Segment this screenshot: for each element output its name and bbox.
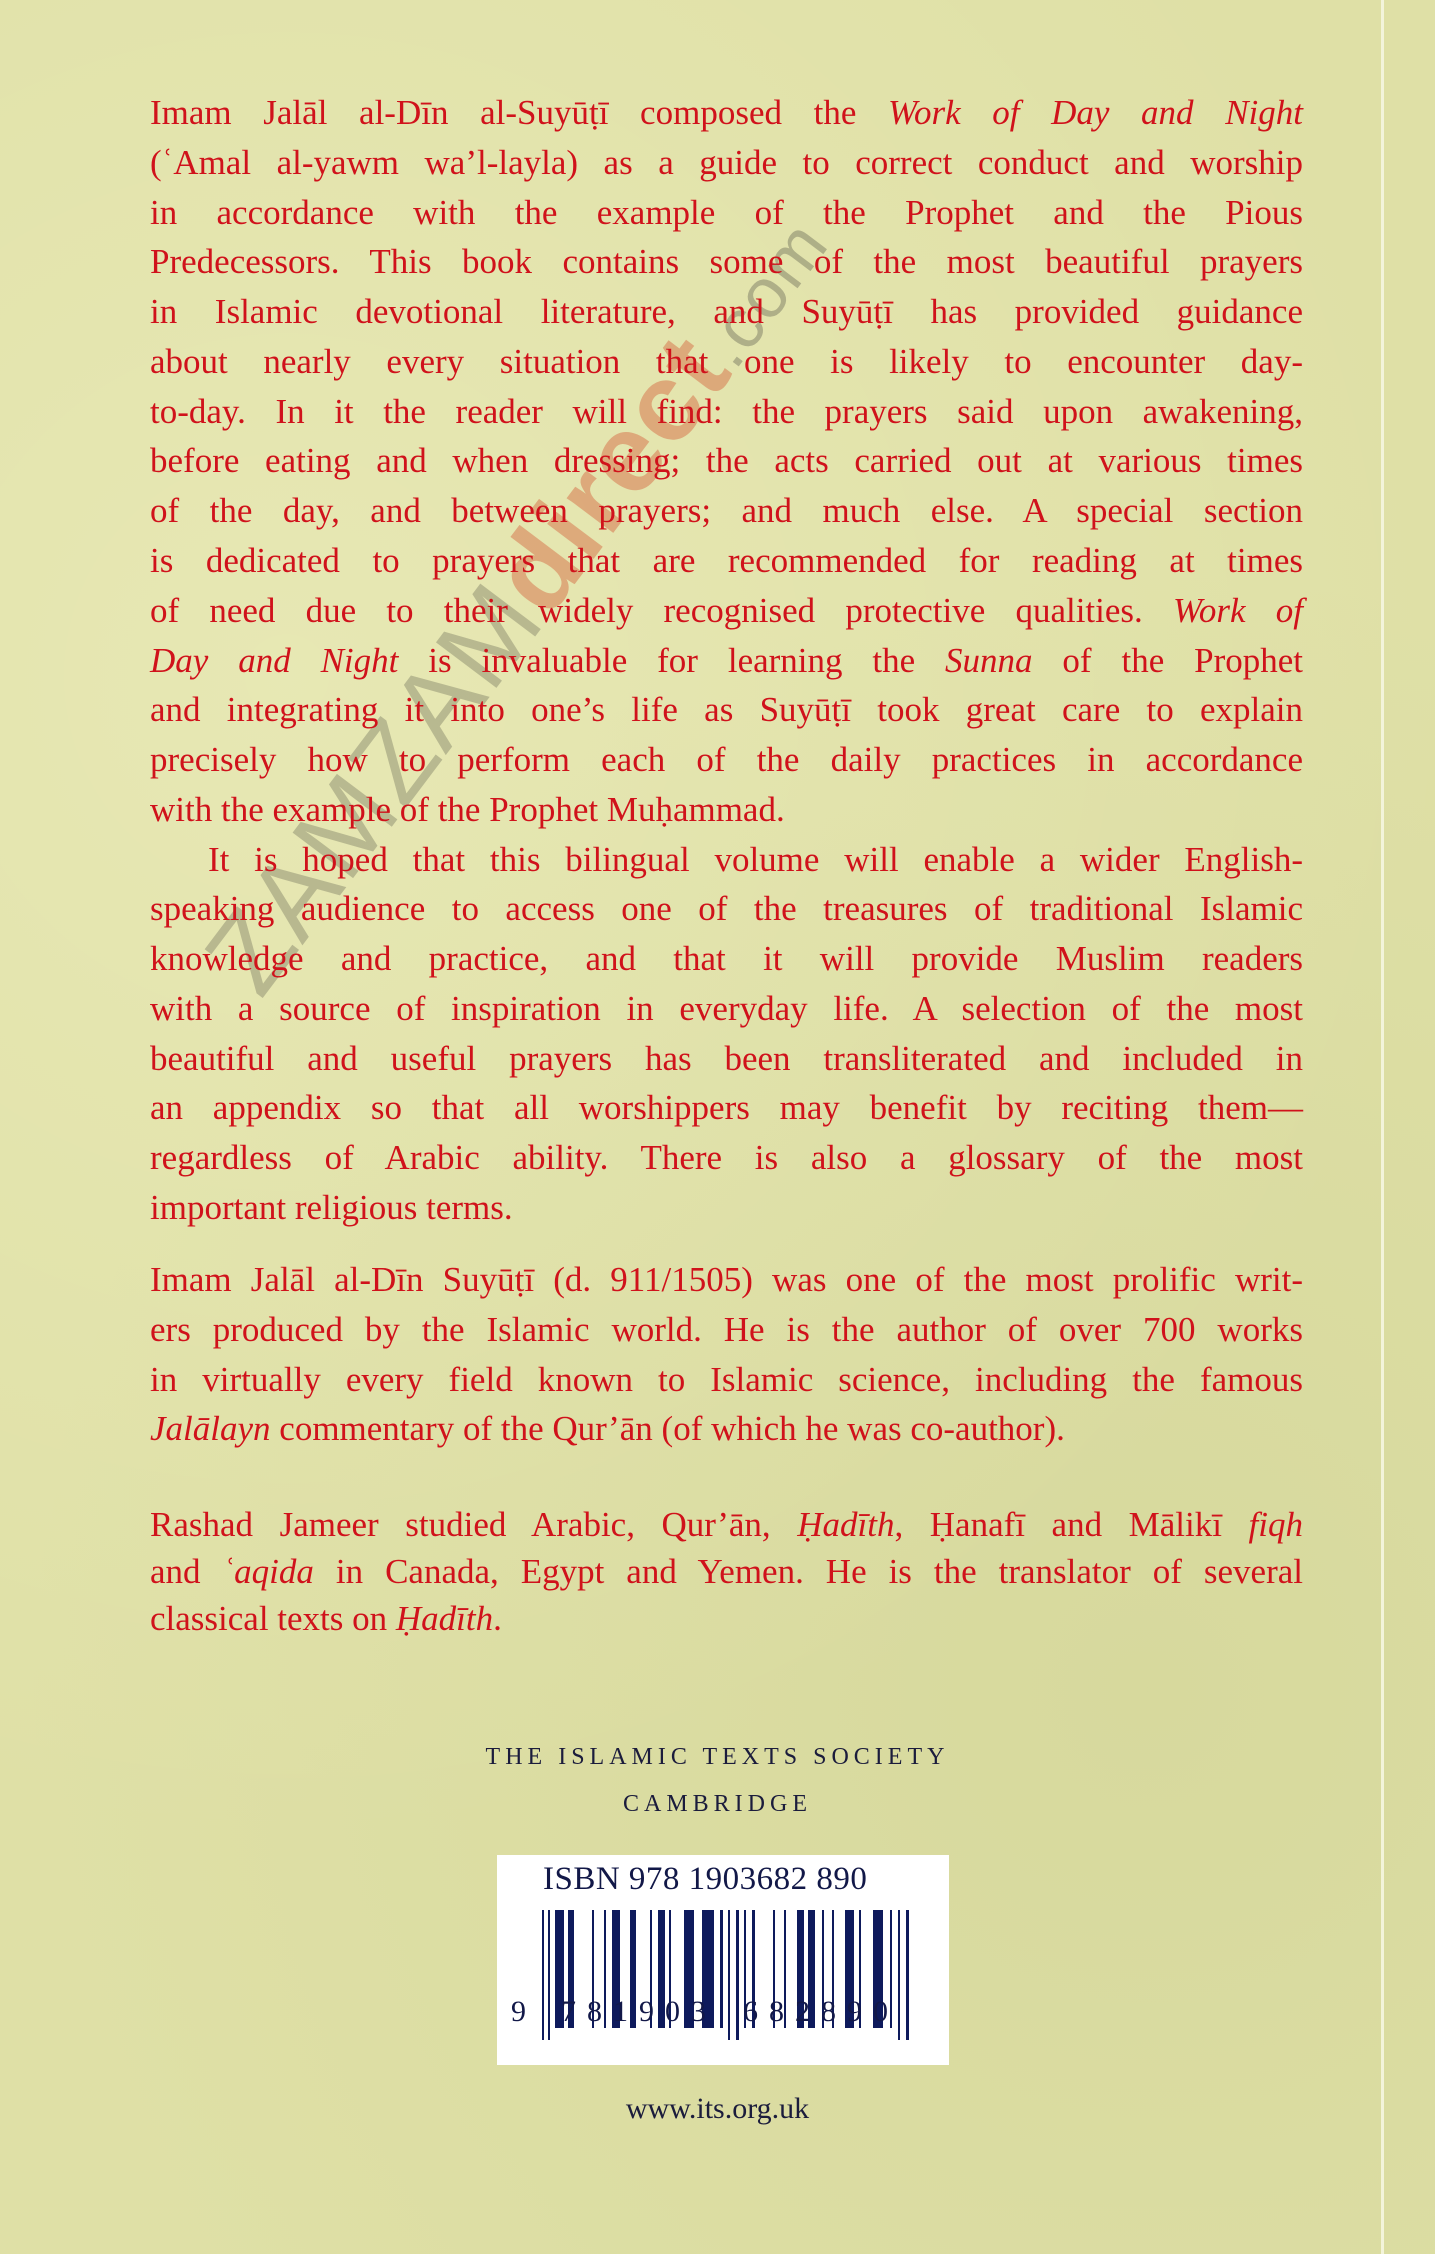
text: is invaluable for learning the	[398, 641, 945, 680]
italic-text: Ḥadīth	[797, 1505, 894, 1544]
blurb-line: Imam Jalāl al-Dīn al-Suyūṭī composed the…	[150, 88, 1303, 138]
spine-fold-line	[1381, 0, 1384, 2254]
blurb-line: to-day. In it the reader will find: the …	[150, 387, 1303, 437]
barcode-left-digits: 781903	[561, 1995, 717, 2029]
text: an appendix so that all worshippers may …	[150, 1088, 1303, 1127]
blurb-line: in virtually every field known to Islami…	[150, 1355, 1303, 1405]
blurb-line: of need due to their widely recognised p…	[150, 586, 1303, 636]
blurb-line: with the example of the Prophet Muḥammad…	[150, 785, 1303, 835]
text: important religious terms.	[150, 1188, 513, 1227]
blurb-line: in Islamic devotional literature, and Su…	[150, 287, 1303, 337]
barcode-bar	[720, 1910, 723, 2028]
text: .	[493, 1599, 502, 1638]
text: Imam Jalāl al-Dīn al-Suyūṭī composed the	[150, 93, 888, 132]
blurb-line: It is hoped that this bilingual volume w…	[208, 835, 1303, 885]
blurb-line: in accordance with the example of the Pr…	[150, 188, 1303, 238]
blurb-line: of the day, and between prayers; and muc…	[150, 486, 1303, 536]
text: commentary of the Qur’ān (of which he wa…	[271, 1409, 1065, 1448]
text: , Ḥanafī and Mālikī	[894, 1505, 1248, 1544]
text: with a source of inspiration in everyday…	[150, 989, 1303, 1028]
text: speaking audience to access one of the t…	[150, 889, 1303, 928]
blurb-line: Rashad Jameer studied Arabic, Qur’ān, Ḥa…	[150, 1500, 1303, 1550]
text: in Canada, Egypt and Yemen. He is the tr…	[314, 1552, 1303, 1591]
text: beautiful and useful prayers has been tr…	[150, 1039, 1303, 1078]
blurb-line: an appendix so that all worshippers may …	[150, 1083, 1303, 1133]
blurb-line: and ʿaqida in Canada, Egypt and Yemen. H…	[150, 1547, 1303, 1597]
barcode-right-digits: 682890	[743, 1995, 899, 2029]
barcode-bar	[728, 1910, 730, 2040]
text: to-day. In it the reader will find: the …	[150, 392, 1303, 431]
italic-text: Ḥadīth	[396, 1599, 493, 1638]
blurb-line: Day and Night is invaluable for learning…	[150, 636, 1303, 686]
blurb-line: classical texts on Ḥadīth.	[150, 1594, 1303, 1644]
text: and integrating it into one’s life as Su…	[150, 690, 1303, 729]
text: before eating and when dressing; the act…	[150, 441, 1303, 480]
publisher-url[interactable]: www.its.org.uk	[0, 2092, 1435, 2126]
blurb-line: ers produced by the Islamic world. He is…	[150, 1305, 1303, 1355]
italic-text: Work of Day and Night	[888, 93, 1303, 132]
text: and	[150, 1552, 223, 1591]
text: in accordance with the example of the Pr…	[150, 193, 1303, 232]
italic-text: Jalālayn	[150, 1409, 271, 1448]
blurb-line: precisely how to perform each of the dai…	[150, 735, 1303, 785]
barcode-bar	[736, 1910, 739, 2040]
text: in Islamic devotional literature, and Su…	[150, 292, 1303, 331]
text: about nearly every situation that one is…	[150, 342, 1303, 381]
text: It is hoped that this bilingual volume w…	[208, 840, 1303, 879]
text: classical texts on	[150, 1599, 396, 1638]
italic-text: Sunna	[945, 641, 1033, 680]
text: Imam Jalāl al-Dīn Suyūṭī (d. 911/1505) w…	[150, 1260, 1303, 1299]
blurb-line: Jalālayn commentary of the Qur’ān (of wh…	[150, 1404, 1303, 1454]
text: regardless of Arabic ability. There is a…	[150, 1138, 1303, 1177]
publisher-name: THE ISLAMIC TEXTS SOCIETY	[0, 1744, 1435, 1771]
barcode-bar	[548, 1910, 550, 2040]
blurb-line: before eating and when dressing; the act…	[150, 436, 1303, 486]
isbn-label: ISBN 978 1903682 890	[543, 1861, 867, 1898]
text: in virtually every field known to Islami…	[150, 1360, 1303, 1399]
text: Rashad Jameer studied Arabic, Qur’ān,	[150, 1505, 797, 1544]
blurb-line: beautiful and useful prayers has been tr…	[150, 1034, 1303, 1084]
italic-text: Day and Night	[150, 641, 398, 680]
text: of the Prophet	[1033, 641, 1303, 680]
text: knowledge and practice, and that it will…	[150, 939, 1303, 978]
italic-text: Work of	[1173, 591, 1303, 630]
text: is dedicated to prayers that are recomme…	[150, 541, 1303, 580]
blurb-line: regardless of Arabic ability. There is a…	[150, 1133, 1303, 1183]
isbn-barcode: ISBN 978 1903682 890 9 781903 682890	[497, 1855, 949, 2065]
blurb-line: important religious terms.	[150, 1183, 1303, 1233]
barcode-bar	[906, 1910, 909, 2040]
blurb-line: is dedicated to prayers that are recomme…	[150, 536, 1303, 586]
blurb-line: with a source of inspiration in everyday…	[150, 984, 1303, 1034]
blurb-line: Predecessors. This book contains some of…	[150, 237, 1303, 287]
blurb-line: about nearly every situation that one is…	[150, 337, 1303, 387]
text: of the day, and between prayers; and muc…	[150, 491, 1303, 530]
blurb-line: Imam Jalāl al-Dīn Suyūṭī (d. 911/1505) w…	[150, 1255, 1303, 1305]
text: with the example of the Prophet Muḥammad…	[150, 790, 785, 829]
blurb-line: (ʿAmal al-yawm wa’l-layla) as a guide to…	[150, 138, 1303, 188]
italic-text: fiqh	[1249, 1505, 1303, 1544]
text: (ʿAmal al-yawm wa’l-layla) as a guide to…	[150, 143, 1303, 182]
blurb-line: and integrating it into one’s life as Su…	[150, 685, 1303, 735]
text: ers produced by the Islamic world. He is…	[150, 1310, 1303, 1349]
barcode-bar	[542, 1910, 544, 2040]
text: precisely how to perform each of the dai…	[150, 740, 1303, 779]
text: of need due to their widely recognised p…	[150, 591, 1173, 630]
barcode-first-digit: 9	[511, 1995, 526, 2029]
blurb-line: knowledge and practice, and that it will…	[150, 934, 1303, 984]
italic-text: ʿaqida	[223, 1552, 314, 1591]
text: Predecessors. This book contains some of…	[150, 242, 1303, 281]
publisher-city: CAMBRIDGE	[0, 1791, 1435, 1818]
blurb-line: speaking audience to access one of the t…	[150, 884, 1303, 934]
